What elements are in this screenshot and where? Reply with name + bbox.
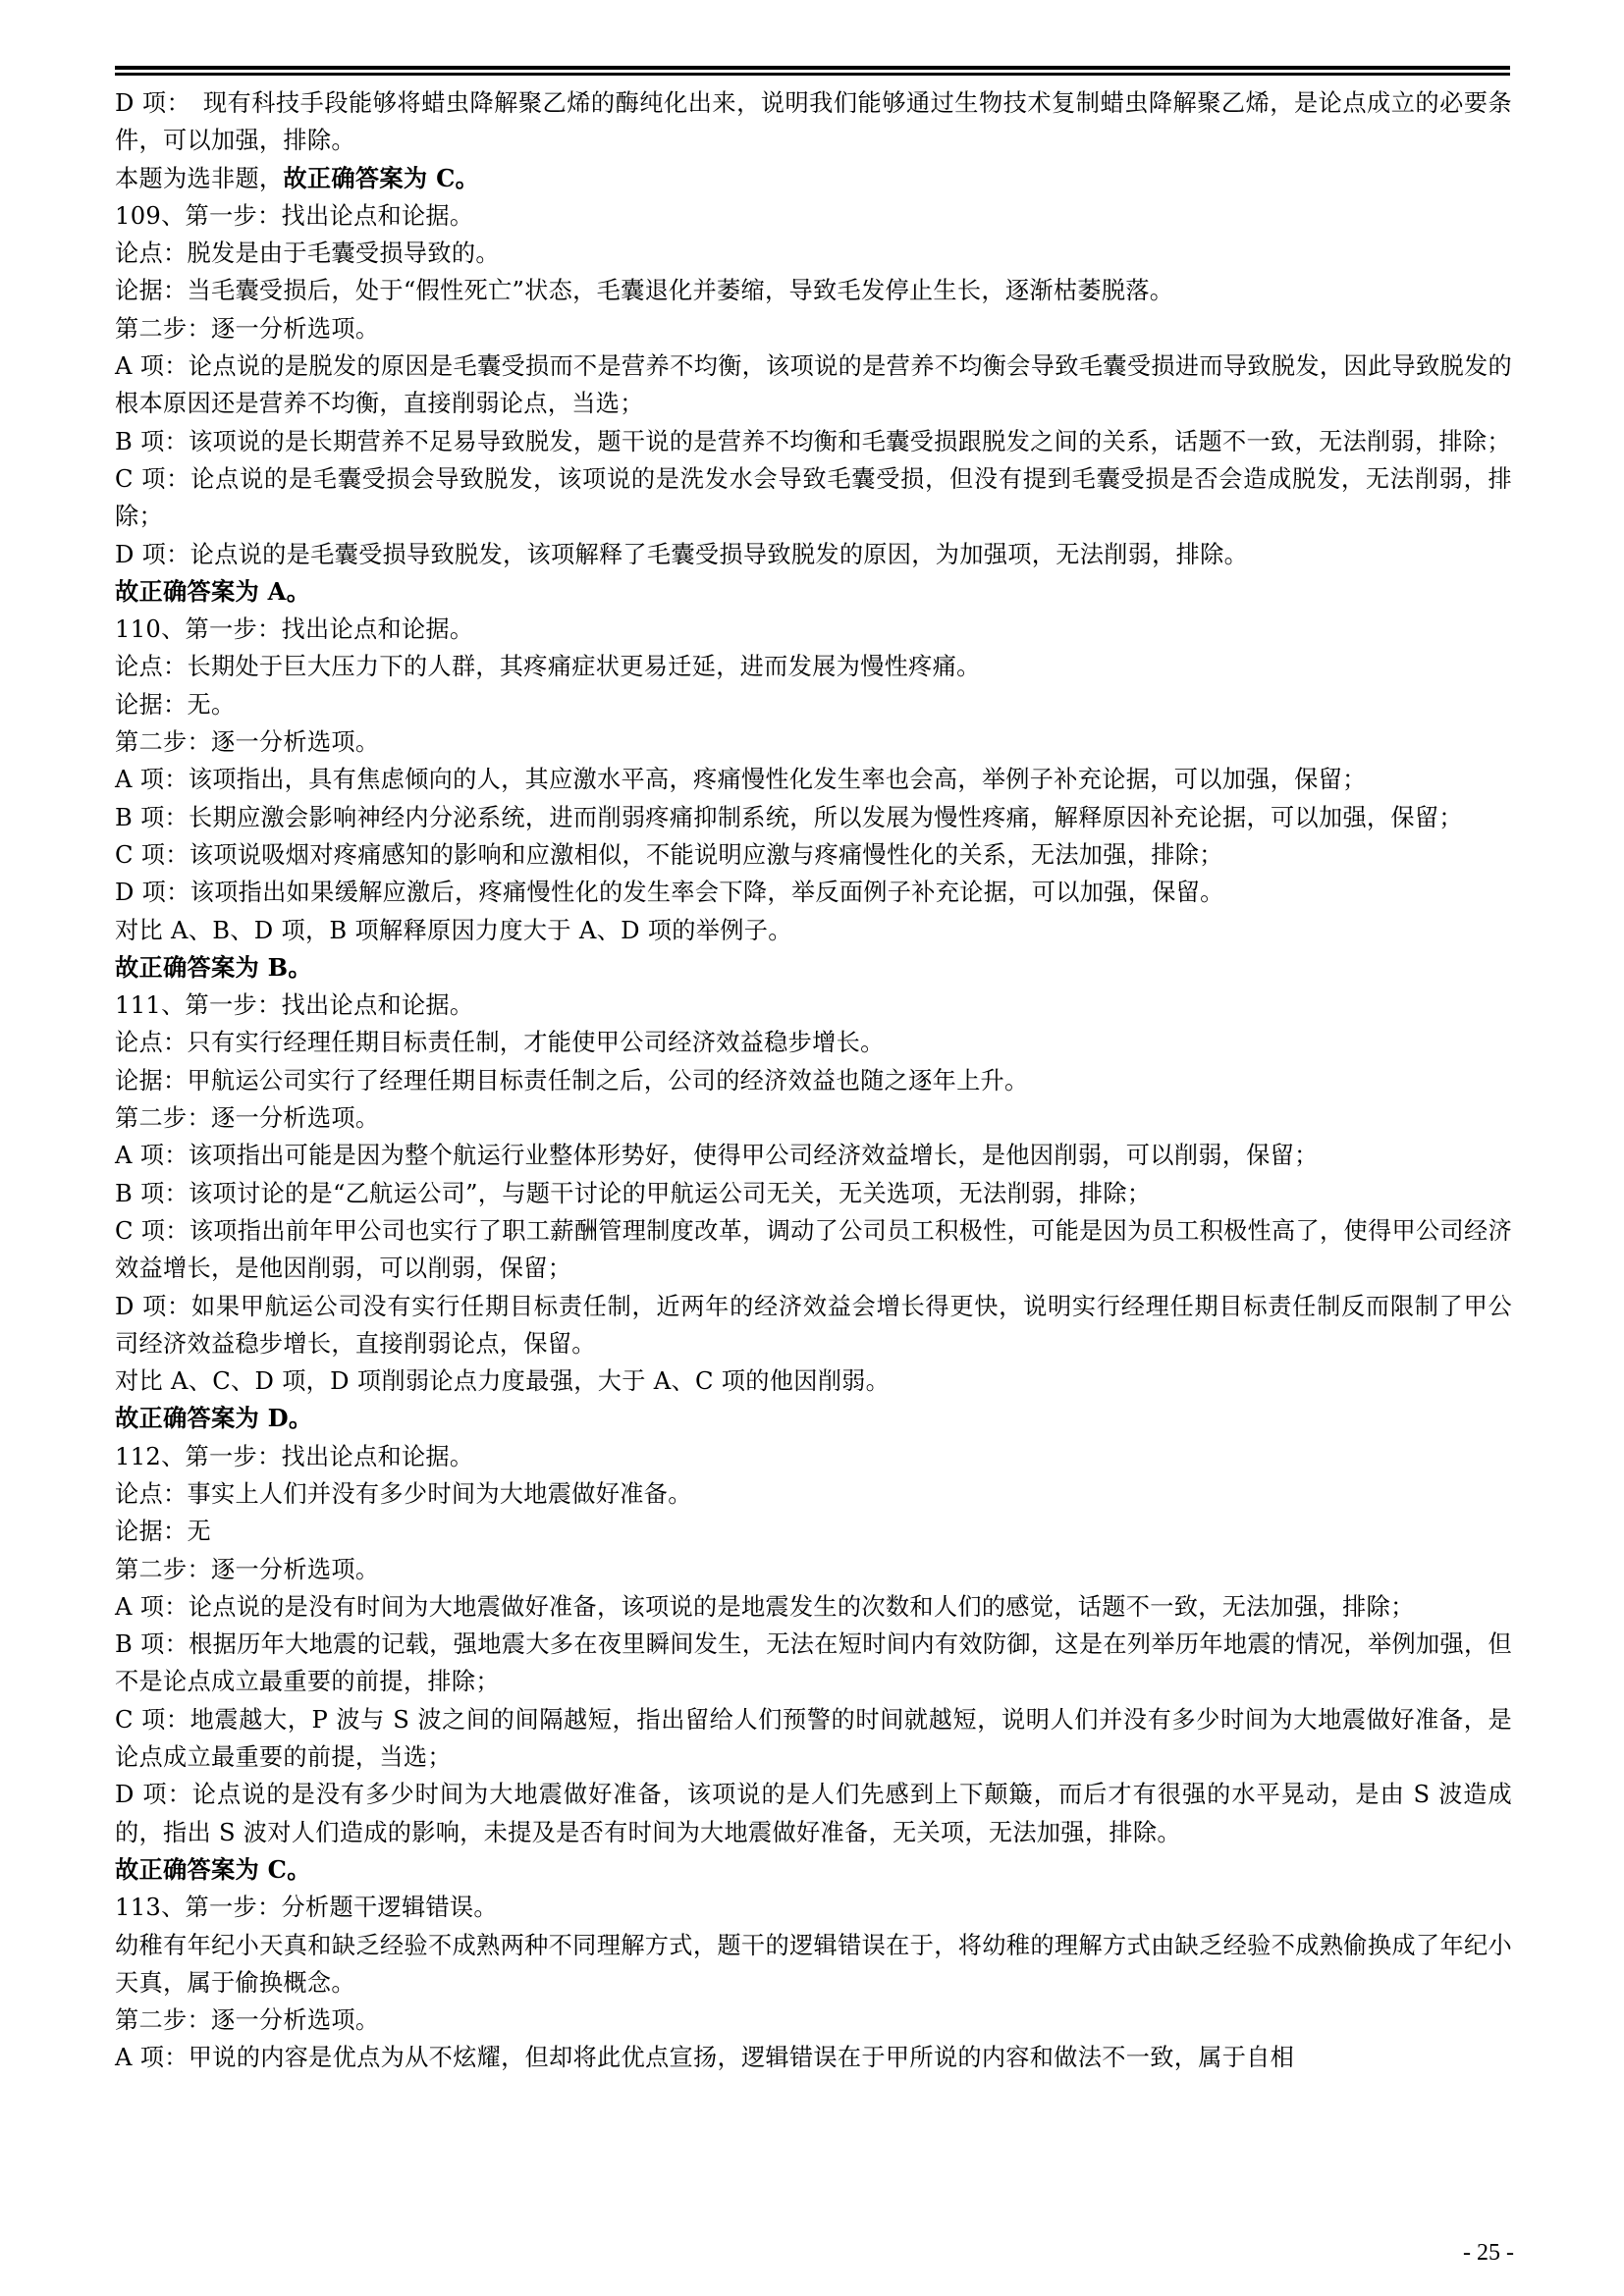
- question-heading: 111、第一步：找出论点和论据。: [115, 987, 1512, 1024]
- option-analysis: D 项：该项指出如果缓解应激后，疼痛慢性化的发生率会下降，举反面例子补充论据，可…: [115, 874, 1512, 911]
- question-heading: 110、第一步：找出论点和论据。: [115, 611, 1512, 648]
- option-analysis: B 项：该项讨论的是“乙航运公司”，与题干讨论的甲航运公司无关，无关选项，无法削…: [115, 1175, 1512, 1212]
- option-analysis: C 项：地震越大，P 波与 S 波之间的间隔越短，指出留给人们预警的时间就越短，…: [115, 1701, 1512, 1777]
- paragraph: 第二步：逐一分析选项。: [115, 1551, 1512, 1588]
- option-analysis: A 项：论点说的是脱发的原因是毛囊受损而不是营养不均衡，该项说的是营养不均衡会导…: [115, 347, 1512, 423]
- paragraph: 对比 A、B、D 项，B 项解释原因力度大于 A、D 项的举例子。: [115, 912, 1512, 949]
- option-analysis: D 项：如果甲航运公司没有实行任期目标责任制，近两年的经济效益会增长得更快，说明…: [115, 1288, 1512, 1363]
- option-analysis: B 项：长期应激会影响神经内分泌系统，进而削弱疼痛抑制系统，所以发展为慢性疼痛，…: [115, 799, 1512, 836]
- answer-bold: 故正确答案为 C。: [283, 164, 479, 192]
- paragraph: 论据：甲航运公司实行了经理任期目标责任制之后，公司的经济效益也随之逐年上升。: [115, 1062, 1512, 1099]
- answer-line: 本题为选非题，故正确答案为 C。: [115, 160, 1512, 197]
- option-analysis: A 项：该项指出，具有焦虑倾向的人，其应激水平高，疼痛慢性化发生率也会高，举例子…: [115, 761, 1512, 798]
- answer-line: 故正确答案为 B。: [115, 949, 1512, 987]
- answer-line: 故正确答案为 D。: [115, 1400, 1512, 1437]
- answer-line: 故正确答案为 A。: [115, 573, 1512, 611]
- header-rule-thick: [115, 66, 1510, 70]
- option-analysis: C 项：该项指出前年甲公司也实行了职工薪酬管理制度改革，调动了公司员工积极性，可…: [115, 1212, 1512, 1288]
- answer-line: 故正确答案为 C。: [115, 1851, 1512, 1889]
- paragraph: 第二步：逐一分析选项。: [115, 723, 1512, 761]
- paragraph: 第二步：逐一分析选项。: [115, 310, 1512, 347]
- page-number: - 25 -: [1463, 2240, 1514, 2267]
- question-heading: 109、第一步：找出论点和论据。: [115, 197, 1512, 235]
- option-analysis: C 项：论点说的是毛囊受损会导致脱发，该项说的是洗发水会导致毛囊受损，但没有提到…: [115, 460, 1512, 536]
- option-analysis: B 项：该项说的是长期营养不足易导致脱发，题干说的是营养不均衡和毛囊受损跟脱发之…: [115, 423, 1512, 460]
- option-analysis: D 项：论点说的是毛囊受损导致脱发，该项解释了毛囊受损导致脱发的原因，为加强项，…: [115, 536, 1512, 573]
- header-rule-thin: [115, 73, 1510, 76]
- option-analysis: B 项：根据历年大地震的记载，强地震大多在夜里瞬间发生，无法在短时间内有效防御，…: [115, 1626, 1512, 1701]
- option-analysis: D 项：论点说的是没有多少时间为大地震做好准备，该项说的是人们先感到上下颠簸，而…: [115, 1776, 1512, 1851]
- document-body: D 项： 现有科技手段能够将蜡虫降解聚乙烯的酶纯化出来，说明我们能够通过生物技术…: [115, 84, 1512, 2077]
- paragraph: 论点：脱发是由于毛囊受损导致的。: [115, 235, 1512, 272]
- option-analysis: A 项：甲说的内容是优点为从不炫耀，但却将此优点宣扬，逻辑错误在于甲所说的内容和…: [115, 2039, 1512, 2076]
- paragraph: 论点：事实上人们并没有多少时间为大地震做好准备。: [115, 1475, 1512, 1513]
- paragraph: 幼稚有年纪小天真和缺乏经验不成熟两种不同理解方式，题干的逻辑错误在于，将幼稚的理…: [115, 1927, 1512, 2002]
- paragraph: 对比 A、C、D 项，D 项削弱论点力度最强，大于 A、C 项的他因削弱。: [115, 1362, 1512, 1400]
- paragraph: 论点：只有实行经理任期目标责任制，才能使甲公司经济效益稳步增长。: [115, 1024, 1512, 1061]
- option-analysis: C 项：该项说吸烟对疼痛感知的影响和应激相似，不能说明应激与疼痛慢性化的关系，无…: [115, 836, 1512, 874]
- option-analysis: A 项：该项指出可能是因为整个航运行业整体形势好，使得甲公司经济效益增长，是他因…: [115, 1137, 1512, 1174]
- paragraph: 第二步：逐一分析选项。: [115, 1099, 1512, 1137]
- answer-prefix: 本题为选非题，: [115, 165, 283, 192]
- paragraph: 第二步：逐一分析选项。: [115, 2002, 1512, 2039]
- paragraph: 论据：无: [115, 1513, 1512, 1550]
- question-heading: 113、第一步：分析题干逻辑错误。: [115, 1889, 1512, 1926]
- paragraph: 论据：无。: [115, 686, 1512, 723]
- question-heading: 112、第一步：找出论点和论据。: [115, 1438, 1512, 1475]
- paragraph: D 项： 现有科技手段能够将蜡虫降解聚乙烯的酶纯化出来，说明我们能够通过生物技术…: [115, 84, 1512, 160]
- paragraph: 论据：当毛囊受损后，处于“假性死亡”状态，毛囊退化并萎缩，导致毛发停止生长，逐渐…: [115, 272, 1512, 309]
- paragraph: 论点：长期处于巨大压力下的人群，其疼痛症状更易迁延，进而发展为慢性疼痛。: [115, 648, 1512, 685]
- option-analysis: A 项：论点说的是没有时间为大地震做好准备，该项说的是地震发生的次数和人们的感觉…: [115, 1588, 1512, 1626]
